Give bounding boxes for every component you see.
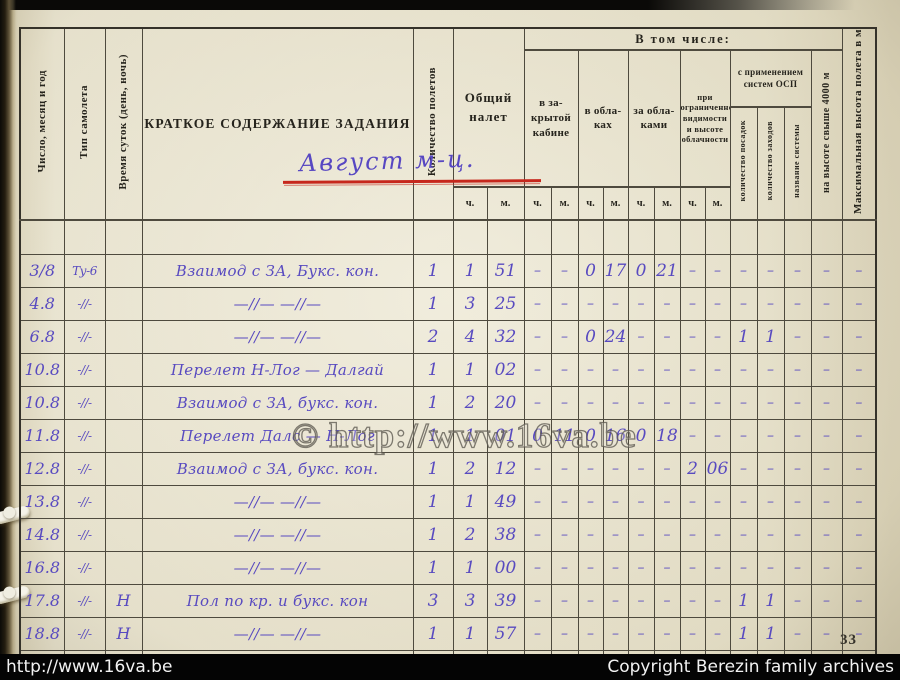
table-row: 17.8-//-НПол по кр. и букс. кон3339–––––… bbox=[20, 584, 876, 617]
cell-h: 2 bbox=[453, 518, 487, 551]
month-row-cell bbox=[578, 220, 603, 255]
cell-max: – bbox=[842, 287, 876, 320]
month-row-cell bbox=[64, 220, 105, 255]
subheader-clouds-hours: ч. bbox=[578, 187, 603, 220]
cell-obl_m: – bbox=[603, 617, 628, 650]
cell-zk_h: – bbox=[524, 485, 551, 518]
cell-ogr_h: – bbox=[680, 584, 705, 617]
cell-max: – bbox=[842, 485, 876, 518]
cell-pos: – bbox=[730, 419, 757, 452]
cell-daynight bbox=[105, 551, 142, 584]
cell-zk_m: – bbox=[551, 254, 578, 287]
table-row: 10.8-//-Взаимод с ЗА, букс. кон.1220––––… bbox=[20, 386, 876, 419]
cell-sys: – bbox=[784, 452, 811, 485]
cell-max: – bbox=[842, 320, 876, 353]
cell-task: Пол по кр. и букс. кон bbox=[142, 584, 413, 617]
col-header-including: В том числе: bbox=[524, 28, 842, 50]
cell-flights: 1 bbox=[413, 452, 453, 485]
cell-pos: – bbox=[730, 485, 757, 518]
subheader-above-minutes: м. bbox=[654, 187, 680, 220]
cell-v4000: – bbox=[811, 419, 842, 452]
col-header-osp-landings: количество посадок bbox=[730, 107, 757, 220]
cell-zah: 1 bbox=[757, 320, 784, 353]
cell-task: Перелет Н-Лог — Далгай bbox=[142, 353, 413, 386]
cell-flights: 1 bbox=[413, 254, 453, 287]
cell-h: 1 bbox=[453, 551, 487, 584]
cell-date: 18.8 bbox=[20, 617, 64, 650]
cell-date: 12.8 bbox=[20, 452, 64, 485]
cell-type: -//- bbox=[64, 485, 105, 518]
cell-sys: – bbox=[784, 287, 811, 320]
cell-zah: – bbox=[757, 353, 784, 386]
cell-type: -//- bbox=[64, 551, 105, 584]
month-row-cell bbox=[784, 220, 811, 255]
cell-pos: – bbox=[730, 353, 757, 386]
cell-zah: 1 bbox=[757, 584, 784, 617]
cell-ogr_h: – bbox=[680, 320, 705, 353]
table-row: 6.8-//-—//— —//—2432––024––––11––– bbox=[20, 320, 876, 353]
col-header-limited-visibility-label: при ограниченной видимости и высоте обла… bbox=[681, 92, 730, 145]
col-header-max-altitude: Максимальная высота полета в м bbox=[842, 28, 876, 220]
table-row: 18.8-//-Н—//— —//—1157––––––––11––– bbox=[20, 617, 876, 650]
cell-sys: – bbox=[784, 353, 811, 386]
cell-obl_h: – bbox=[578, 353, 603, 386]
month-row-cell bbox=[453, 220, 487, 255]
cell-obl_m: – bbox=[603, 518, 628, 551]
col-header-osp-systems: с применением систем ОСП bbox=[730, 50, 811, 107]
cell-ogr_h: – bbox=[680, 419, 705, 452]
col-header-closed-cabin: в за- крытой кабине bbox=[524, 50, 578, 187]
table-row: 4.8-//-—//— —//—1325––––––––––––– bbox=[20, 287, 876, 320]
cell-max: – bbox=[842, 254, 876, 287]
col-header-task: КРАТКОЕ СОДЕРЖАНИЕ ЗАДАНИЯ bbox=[142, 28, 413, 220]
cell-type: -//- bbox=[64, 386, 105, 419]
cell-ogr_h: – bbox=[680, 518, 705, 551]
cell-za_h: – bbox=[628, 551, 654, 584]
col-header-osp-system-name-label: название системы bbox=[792, 124, 802, 198]
cell-h: 1 bbox=[453, 617, 487, 650]
cell-zah: – bbox=[757, 254, 784, 287]
col-header-osp-systems-label: с применением систем ОСП bbox=[731, 67, 811, 90]
cell-za_h: – bbox=[628, 386, 654, 419]
cell-type: -//- bbox=[64, 584, 105, 617]
table-row: 14.8-//-—//— —//—1238––––––––––––– bbox=[20, 518, 876, 551]
cell-type: -//- bbox=[64, 353, 105, 386]
cell-sys: – bbox=[784, 320, 811, 353]
table-row: 10.8-//-Перелет Н-Лог — Далгай1102––––––… bbox=[20, 353, 876, 386]
cell-date: 14.8 bbox=[20, 518, 64, 551]
cell-za_m: 21 bbox=[654, 254, 680, 287]
cell-date: 10.8 bbox=[20, 386, 64, 419]
cell-zk_h: – bbox=[524, 287, 551, 320]
cell-m: 25 bbox=[487, 287, 524, 320]
cell-obl_h: – bbox=[578, 386, 603, 419]
cell-daynight: Н bbox=[105, 617, 142, 650]
cell-zah: – bbox=[757, 419, 784, 452]
col-header-including-label: В том числе: bbox=[525, 32, 842, 47]
month-row-cell bbox=[20, 220, 64, 255]
subheader-above-hours: ч. bbox=[628, 187, 654, 220]
subheader-clouds-minutes: м. bbox=[603, 187, 628, 220]
cell-obl_h: – bbox=[578, 287, 603, 320]
col-header-above-clouds-label: за обла- ками bbox=[629, 104, 680, 134]
cell-zk_m: – bbox=[551, 353, 578, 386]
month-row-cell bbox=[524, 220, 551, 255]
col-header-total-time-label: Общий налет bbox=[454, 88, 524, 127]
cell-za_h: – bbox=[628, 485, 654, 518]
cell-pos: – bbox=[730, 452, 757, 485]
col-header-in-clouds: в обла- ках bbox=[578, 50, 628, 187]
cell-obl_m: – bbox=[603, 485, 628, 518]
month-row-cell bbox=[487, 220, 524, 255]
cell-za_m: – bbox=[654, 518, 680, 551]
cell-za_m: 18 bbox=[654, 419, 680, 452]
month-row bbox=[20, 220, 876, 255]
cell-za_m: – bbox=[654, 287, 680, 320]
cell-ogr_m: 06 bbox=[705, 452, 730, 485]
month-row-cell bbox=[811, 220, 842, 255]
cell-date: 3/8 bbox=[20, 254, 64, 287]
cell-v4000: – bbox=[811, 617, 842, 650]
cell-v4000: – bbox=[811, 353, 842, 386]
col-header-osp-system-name: название системы bbox=[784, 107, 811, 220]
cell-v4000: – bbox=[811, 287, 842, 320]
cell-ogr_h: – bbox=[680, 485, 705, 518]
cell-pos: 1 bbox=[730, 584, 757, 617]
cell-obl_m: 17 bbox=[603, 254, 628, 287]
cell-pos: – bbox=[730, 518, 757, 551]
flight-log-table: Число, месяц и год Тип самолета Время су… bbox=[19, 27, 877, 680]
table-row: 3/8Ту-6Взаимод с ЗА, Букс. кон.1151––017… bbox=[20, 254, 876, 287]
cell-obl_m: 24 bbox=[603, 320, 628, 353]
cell-flights: 1 bbox=[413, 551, 453, 584]
cell-v4000: – bbox=[811, 320, 842, 353]
cell-za_m: – bbox=[654, 386, 680, 419]
month-row-cell bbox=[705, 220, 730, 255]
cell-ogr_m: – bbox=[705, 584, 730, 617]
cell-sys: – bbox=[784, 419, 811, 452]
month-row-cell bbox=[628, 220, 654, 255]
col-header-time-of-day: Время суток (день, ночь) bbox=[105, 28, 142, 220]
cell-m: 00 bbox=[487, 551, 524, 584]
cell-flights: 1 bbox=[413, 386, 453, 419]
cell-daynight bbox=[105, 452, 142, 485]
cell-obl_h: – bbox=[578, 617, 603, 650]
cell-ogr_m: – bbox=[705, 485, 730, 518]
cell-pos: 1 bbox=[730, 617, 757, 650]
cell-flights: 2 bbox=[413, 320, 453, 353]
cell-daynight bbox=[105, 485, 142, 518]
cell-za_m: – bbox=[654, 320, 680, 353]
cell-m: 02 bbox=[487, 353, 524, 386]
month-row-cell bbox=[603, 220, 628, 255]
cell-za_h: 0 bbox=[628, 254, 654, 287]
cell-ogr_h: – bbox=[680, 254, 705, 287]
cell-zk_h: – bbox=[524, 452, 551, 485]
cell-type: Ту-6 bbox=[64, 254, 105, 287]
cell-sys: – bbox=[784, 485, 811, 518]
cell-zk_m: – bbox=[551, 320, 578, 353]
footer-url: http://www.16va.be bbox=[6, 657, 172, 677]
cell-pos: – bbox=[730, 287, 757, 320]
cell-ogr_m: – bbox=[705, 551, 730, 584]
cell-flights: 1 bbox=[413, 287, 453, 320]
month-row-cell bbox=[105, 220, 142, 255]
cell-zk_m: – bbox=[551, 452, 578, 485]
cell-za_h: – bbox=[628, 353, 654, 386]
cell-zk_m: – bbox=[551, 551, 578, 584]
cell-ogr_h: – bbox=[680, 617, 705, 650]
cell-ogr_h: – bbox=[680, 386, 705, 419]
cell-max: – bbox=[842, 518, 876, 551]
cell-zk_m: – bbox=[551, 386, 578, 419]
cell-daynight bbox=[105, 254, 142, 287]
cell-max: – bbox=[842, 452, 876, 485]
cell-zah: 1 bbox=[757, 617, 784, 650]
cell-task: Взаимод с ЗА, букс. кон. bbox=[142, 452, 413, 485]
cell-obl_m: – bbox=[603, 584, 628, 617]
cell-zah: – bbox=[757, 386, 784, 419]
cell-za_m: – bbox=[654, 452, 680, 485]
cell-ogr_m: – bbox=[705, 617, 730, 650]
footer-copyright: Copyright Berezin family archives bbox=[607, 657, 894, 677]
cell-max: – bbox=[842, 419, 876, 452]
cell-type: -//- bbox=[64, 617, 105, 650]
cell-zk_m: – bbox=[551, 287, 578, 320]
cell-max: – bbox=[842, 584, 876, 617]
table-row: 13.8-//-—//— —//—1149––––––––––––– bbox=[20, 485, 876, 518]
cell-obl_m: – bbox=[603, 386, 628, 419]
table-row: 12.8-//-Взаимод с ЗА, букс. кон.1212––––… bbox=[20, 452, 876, 485]
cell-sys: – bbox=[784, 518, 811, 551]
cell-pos: – bbox=[730, 386, 757, 419]
cell-pos: – bbox=[730, 551, 757, 584]
cell-date: 13.8 bbox=[20, 485, 64, 518]
cell-za_m: – bbox=[654, 551, 680, 584]
cell-zah: – bbox=[757, 551, 784, 584]
cell-za_m: – bbox=[654, 617, 680, 650]
cell-h: 3 bbox=[453, 584, 487, 617]
col-header-aircraft-type: Тип самолета bbox=[64, 28, 105, 220]
cell-zk_m: – bbox=[551, 584, 578, 617]
cell-type: -//- bbox=[64, 452, 105, 485]
footer-bar: http://www.16va.be Copyright Berezin fam… bbox=[0, 654, 900, 680]
cell-v4000: – bbox=[811, 452, 842, 485]
cell-ogr_m: – bbox=[705, 254, 730, 287]
cell-sys: – bbox=[784, 584, 811, 617]
col-header-over-4000: на высоте свыше 4000 м bbox=[811, 50, 842, 220]
cell-daynight bbox=[105, 353, 142, 386]
cell-za_m: – bbox=[654, 485, 680, 518]
cell-obl_h: 0 bbox=[578, 320, 603, 353]
cell-date: 4.8 bbox=[20, 287, 64, 320]
col-header-over-4000-label: на высоте свыше 4000 м bbox=[821, 72, 833, 193]
col-header-date-label: Число, месяц и год bbox=[36, 70, 49, 172]
col-header-task-label: КРАТКОЕ СОДЕРЖАНИЕ ЗАДАНИЯ bbox=[143, 110, 413, 138]
cell-obl_h: – bbox=[578, 551, 603, 584]
cell-task: —//— —//— bbox=[142, 287, 413, 320]
cell-max: – bbox=[842, 386, 876, 419]
cell-task: —//— —//— bbox=[142, 617, 413, 650]
cell-daynight: Н bbox=[105, 584, 142, 617]
cell-date: 17.8 bbox=[20, 584, 64, 617]
cell-zk_h: – bbox=[524, 353, 551, 386]
month-row-cell bbox=[413, 220, 453, 255]
cell-obl_h: – bbox=[578, 584, 603, 617]
cell-zk_m: – bbox=[551, 485, 578, 518]
cell-v4000: – bbox=[811, 386, 842, 419]
cell-za_h: – bbox=[628, 518, 654, 551]
cell-v4000: – bbox=[811, 518, 842, 551]
cell-flights: 1 bbox=[413, 485, 453, 518]
cell-za_h: – bbox=[628, 320, 654, 353]
cell-sys: – bbox=[784, 386, 811, 419]
month-row-cell bbox=[142, 220, 413, 255]
cell-h: 4 bbox=[453, 320, 487, 353]
col-header-above-clouds: за обла- ками bbox=[628, 50, 680, 187]
cell-ogr_m: – bbox=[705, 353, 730, 386]
cell-h: 2 bbox=[453, 452, 487, 485]
month-row-cell bbox=[654, 220, 680, 255]
cell-flights: 3 bbox=[413, 584, 453, 617]
cell-pos: 1 bbox=[730, 320, 757, 353]
month-row-cell bbox=[551, 220, 578, 255]
month-row-cell bbox=[730, 220, 757, 255]
scan-top-edge bbox=[0, 0, 900, 10]
cell-type: -//- bbox=[64, 320, 105, 353]
col-header-aircraft-type-label: Тип самолета bbox=[78, 85, 91, 159]
cell-ogr_m: – bbox=[705, 320, 730, 353]
cell-task: Взаимод с ЗА, букс. кон. bbox=[142, 386, 413, 419]
cell-sys: – bbox=[784, 617, 811, 650]
cell-ogr_m: – bbox=[705, 386, 730, 419]
cell-flights: 1 bbox=[413, 353, 453, 386]
cell-zk_h: – bbox=[524, 551, 551, 584]
col-header-limited-visibility: при ограниченной видимости и высоте обла… bbox=[680, 50, 730, 187]
cell-h: 3 bbox=[453, 287, 487, 320]
col-header-flights-count: Количество полетов bbox=[413, 28, 453, 220]
cell-zah: – bbox=[757, 518, 784, 551]
cell-obl_h: – bbox=[578, 518, 603, 551]
cell-date: 6.8 bbox=[20, 320, 64, 353]
cell-max: – bbox=[842, 353, 876, 386]
cell-h: 2 bbox=[453, 386, 487, 419]
cell-task: —//— —//— bbox=[142, 320, 413, 353]
col-header-osp-approaches: количество заходов bbox=[757, 107, 784, 220]
cell-m: 12 bbox=[487, 452, 524, 485]
col-header-osp-landings-label: количество посадок bbox=[738, 120, 748, 201]
cell-m: 57 bbox=[487, 617, 524, 650]
cell-za_h: – bbox=[628, 452, 654, 485]
cell-v4000: – bbox=[811, 584, 842, 617]
cell-flights: 1 bbox=[413, 617, 453, 650]
cell-daynight bbox=[105, 386, 142, 419]
cell-ogr_h: – bbox=[680, 551, 705, 584]
cell-zk_m: – bbox=[551, 617, 578, 650]
cell-obl_h: 0 bbox=[578, 254, 603, 287]
month-row-cell bbox=[842, 220, 876, 255]
cell-date: 16.8 bbox=[20, 551, 64, 584]
cell-zk_h: – bbox=[524, 320, 551, 353]
table-row: 16.8-//-—//— —//—1100––––––––––––– bbox=[20, 551, 876, 584]
cell-task: —//— —//— bbox=[142, 518, 413, 551]
cell-sys: – bbox=[784, 254, 811, 287]
cell-h: 1 bbox=[453, 254, 487, 287]
col-header-in-clouds-label: в обла- ках bbox=[579, 104, 628, 134]
book-binding-edge bbox=[0, 0, 16, 655]
cell-za_m: – bbox=[654, 584, 680, 617]
subheader-total-minutes: м. bbox=[487, 187, 524, 220]
col-header-max-altitude-label: Максимальная высота полета в м bbox=[852, 29, 865, 214]
cell-zk_m: – bbox=[551, 518, 578, 551]
cell-date: 11.8 bbox=[20, 419, 64, 452]
cell-daynight bbox=[105, 518, 142, 551]
col-header-time-of-day-label: Время суток (день, ночь) bbox=[117, 54, 130, 190]
cell-v4000: – bbox=[811, 551, 842, 584]
scanned-logbook-page: Число, месяц и год Тип самолета Время су… bbox=[0, 0, 900, 680]
cell-zk_h: – bbox=[524, 584, 551, 617]
cell-ogr_m: – bbox=[705, 287, 730, 320]
cell-daynight bbox=[105, 419, 142, 452]
cell-daynight bbox=[105, 287, 142, 320]
watermark-text: © http://www.16va.be bbox=[292, 416, 637, 456]
subheader-closed-minutes: м. bbox=[551, 187, 578, 220]
col-header-closed-cabin-label: в за- крытой кабине bbox=[525, 96, 578, 141]
subheader-limited-hours: ч. bbox=[680, 187, 705, 220]
cell-sys: – bbox=[784, 551, 811, 584]
cell-za_h: – bbox=[628, 617, 654, 650]
cell-zk_h: – bbox=[524, 617, 551, 650]
cell-h: 1 bbox=[453, 353, 487, 386]
cell-zah: – bbox=[757, 452, 784, 485]
cell-obl_h: – bbox=[578, 452, 603, 485]
month-row-cell bbox=[680, 220, 705, 255]
cell-task: —//— —//— bbox=[142, 485, 413, 518]
cell-obl_m: – bbox=[603, 353, 628, 386]
cell-ogr_m: – bbox=[705, 419, 730, 452]
cell-obl_m: – bbox=[603, 551, 628, 584]
cell-obl_m: – bbox=[603, 287, 628, 320]
cell-ogr_h: – bbox=[680, 287, 705, 320]
cell-m: 49 bbox=[487, 485, 524, 518]
cell-date: 10.8 bbox=[20, 353, 64, 386]
cell-m: 38 bbox=[487, 518, 524, 551]
col-header-osp-approaches-label: количество заходов bbox=[765, 121, 775, 200]
cell-daynight bbox=[105, 320, 142, 353]
month-title: Август м-ц. bbox=[299, 145, 476, 178]
cell-v4000: – bbox=[811, 254, 842, 287]
cell-h: 1 bbox=[453, 485, 487, 518]
cell-pos: – bbox=[730, 254, 757, 287]
cell-za_m: – bbox=[654, 353, 680, 386]
cell-max: – bbox=[842, 551, 876, 584]
col-header-date: Число, месяц и год bbox=[20, 28, 64, 220]
cell-ogr_h: 2 bbox=[680, 452, 705, 485]
cell-m: 20 bbox=[487, 386, 524, 419]
cell-flights: 1 bbox=[413, 518, 453, 551]
subheader-limited-minutes: м. bbox=[705, 187, 730, 220]
cell-obl_h: – bbox=[578, 485, 603, 518]
cell-type: -//- bbox=[64, 518, 105, 551]
cell-task: Взаимод с ЗА, Букс. кон. bbox=[142, 254, 413, 287]
page-number: 33 bbox=[840, 632, 857, 649]
cell-zk_h: – bbox=[524, 518, 551, 551]
subheader-total-hours: ч. bbox=[453, 187, 487, 220]
cell-ogr_m: – bbox=[705, 518, 730, 551]
cell-m: 51 bbox=[487, 254, 524, 287]
cell-zah: – bbox=[757, 287, 784, 320]
month-row-cell bbox=[757, 220, 784, 255]
